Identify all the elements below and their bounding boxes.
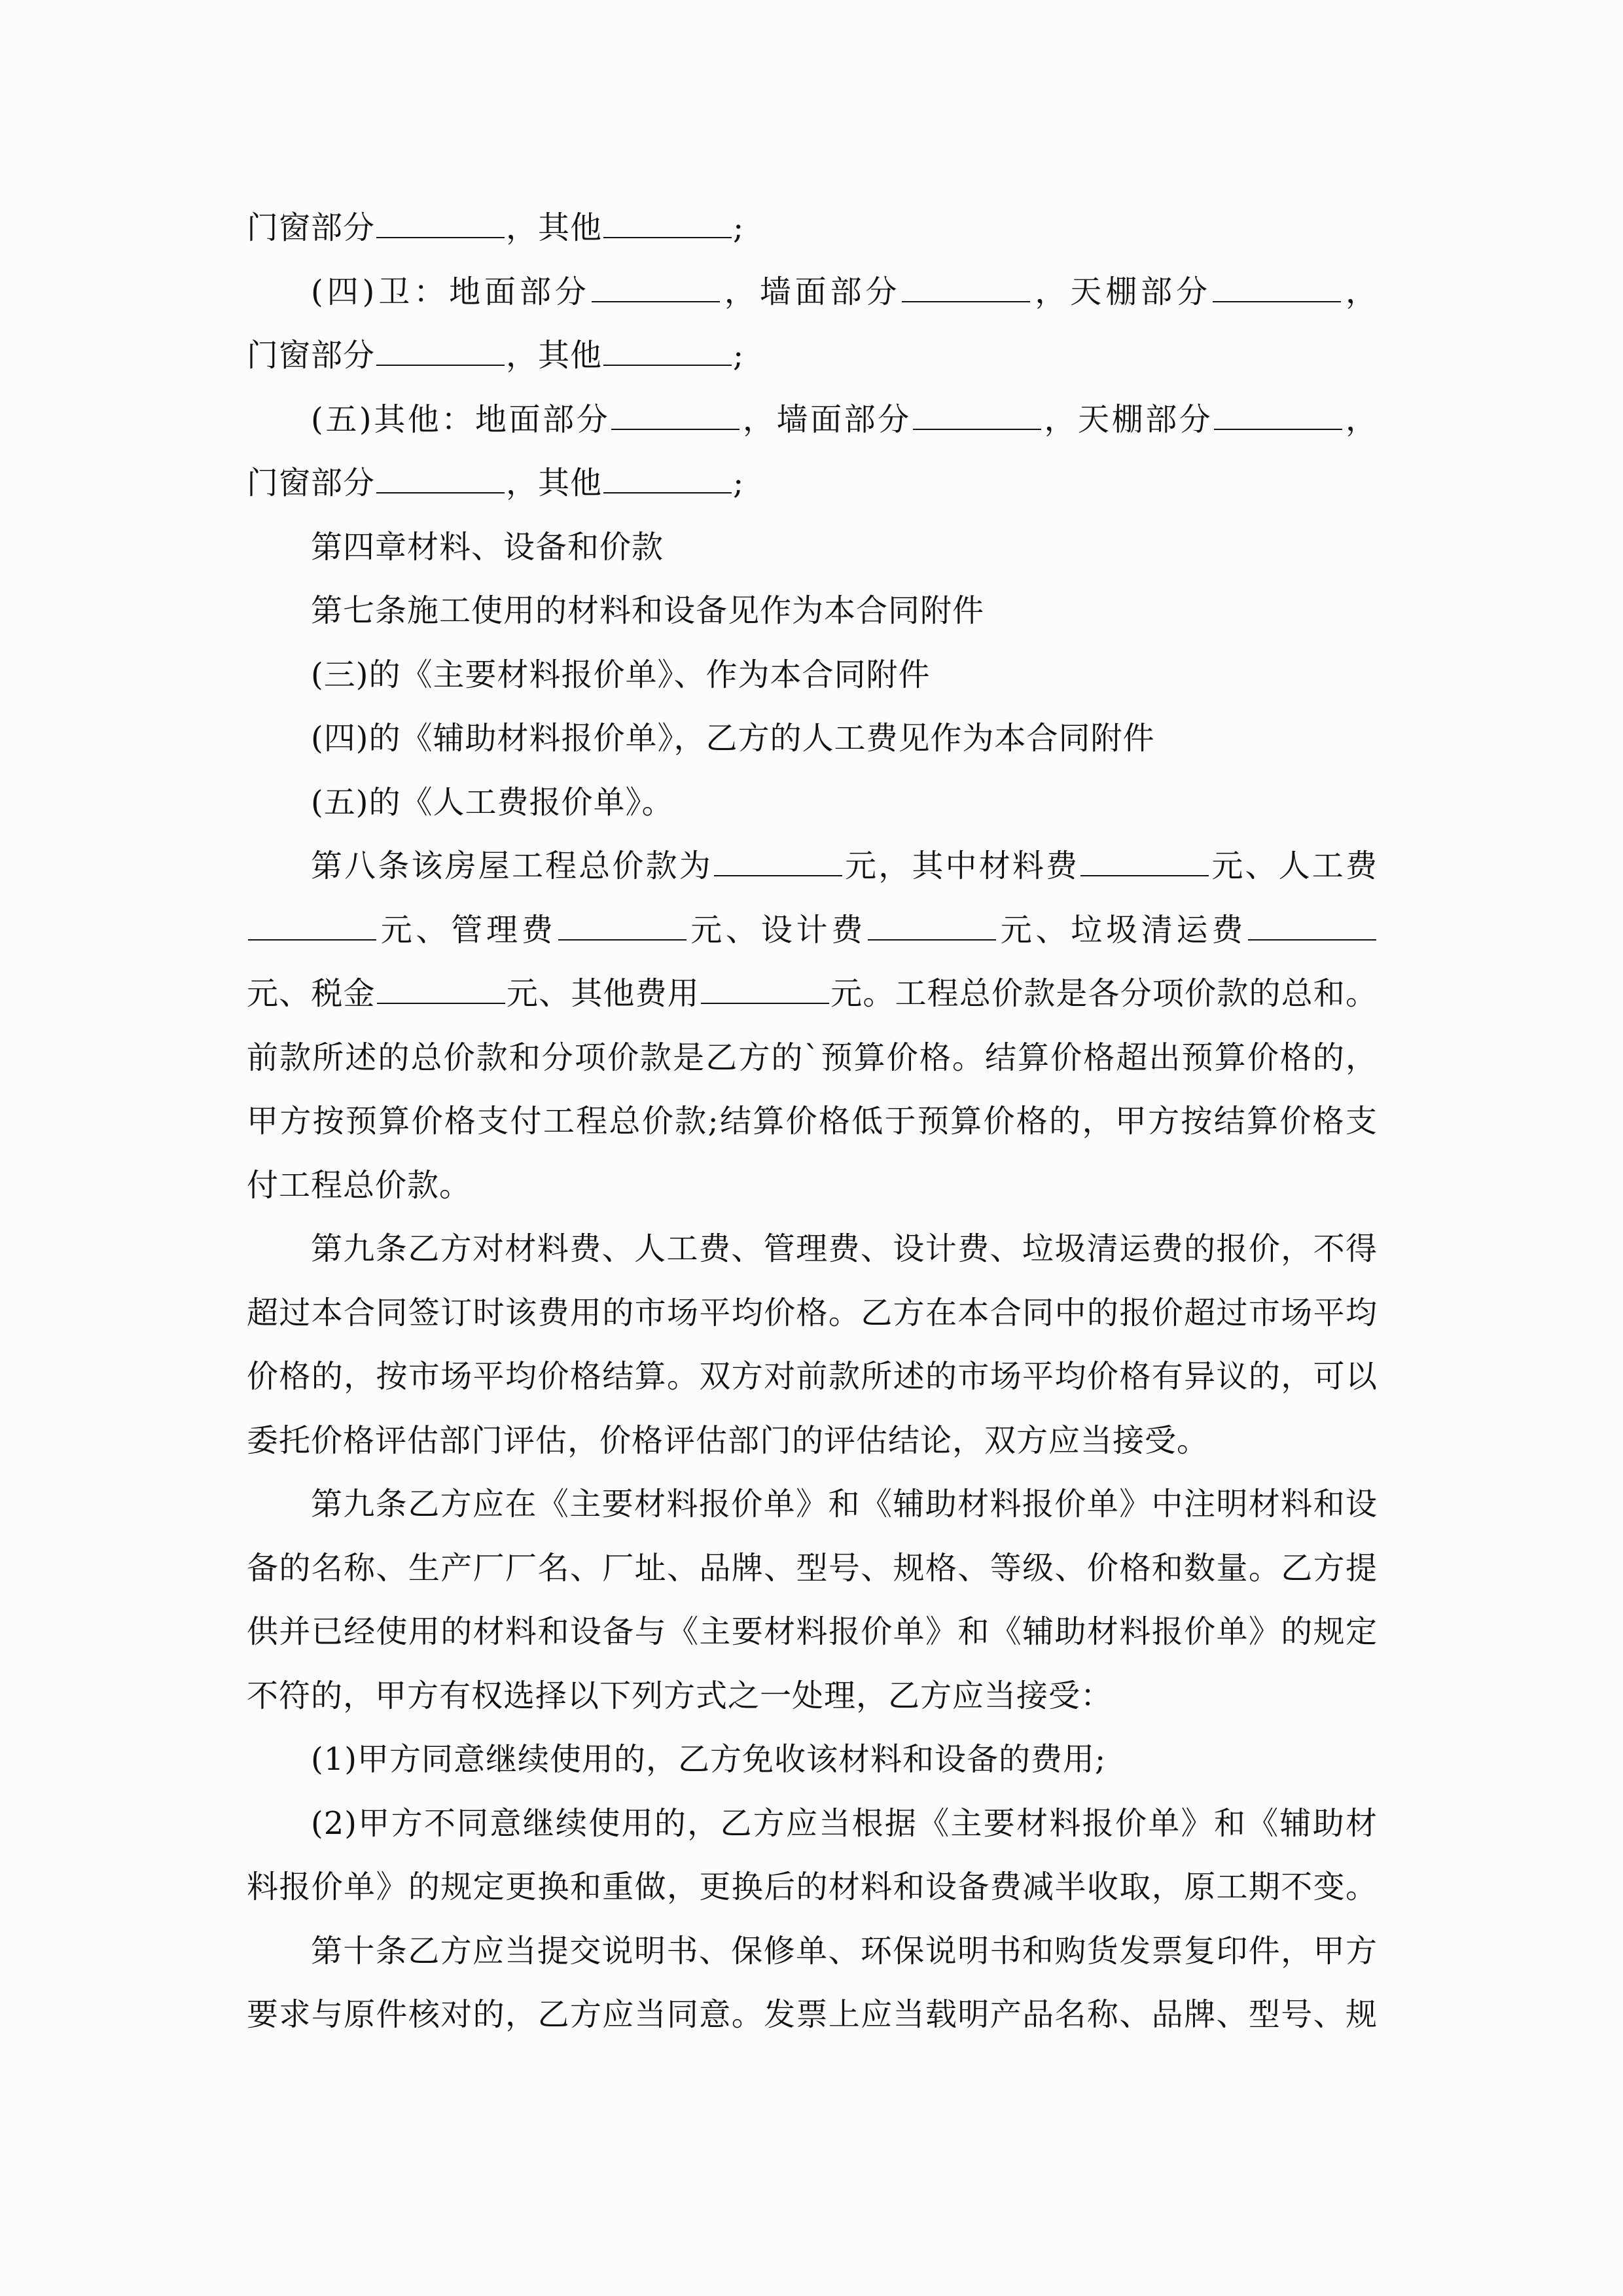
fill-in-blank[interactable] [603,336,732,366]
text-line: (四)卫：地面部分，墙面部分，天棚部分， [247,272,1378,312]
text-segment: 第八条该房屋工程总价款为 [311,848,713,884]
text-line: 备的名称、生产厂厂名、厂址、品牌、型号、规格、等级、价格和数量。乙方提 [247,1549,1378,1588]
text-segment: 第九条乙方应在《主要材料报价单》和《辅助材料报价单》中注明材料和设 [311,1486,1378,1522]
text-segment: (五)的《人工费报价单》。 [311,784,673,821]
text-segment: ，其他 [506,209,602,246]
text-segment: 供并已经使用的材料和设备与《主要材料报价单》和《辅助材料报价单》的规定 [247,1613,1378,1650]
text-segment: 门窗部分 [247,209,375,246]
text-segment: ，其他 [506,465,602,501]
text-line: 料报价单》的规定更换和重做，更换后的材料和设备费减半收取，原工期不变。 [247,1867,1378,1907]
text-line: 门窗部分，其他; [247,336,1378,375]
text-segment: ，墙面部分 [741,401,912,438]
text-segment: 第十条乙方应当提交说明书、保修单、环保说明书和购货发票复印件，甲方 [311,1933,1378,1969]
text-segment: ， [1344,401,1378,438]
text-segment: 第七条施工使用的材料和设备见作为本合同附件 [311,592,984,629]
text-line: (四)的《辅助材料报价单》，乙方的人工费见作为本合同附件 [247,719,1378,758]
text-line: 第九条乙方对材料费、人工费、管理费、设计费、垃圾清运费的报价，不得 [247,1229,1378,1268]
text-line: (1)甲方同意继续使用的，乙方免收该材料和设备的费用; [247,1740,1378,1779]
fill-in-blank[interactable] [592,272,720,302]
text-segment: 委托价格评估部门评估，价格评估部门的评估结论，双方应当接受。 [247,1422,1209,1459]
text-segment: (四)卫：地面部分 [311,274,590,310]
text-line: 第八条该房屋工程总价款为元，其中材料费元、人工费 [247,846,1378,886]
text-segment: ，其他 [506,337,602,374]
text-segment: ，墙面部分 [721,274,901,310]
text-line: (五)的《人工费报价单》。 [247,783,1378,822]
text-segment: 第四章材料、设备和价款 [311,529,664,565]
text-segment: 元、人工费 [1210,848,1378,884]
text-segment: 元、垃圾清运费 [997,912,1247,948]
text-line: 第七条施工使用的材料和设备见作为本合同附件 [247,591,1378,630]
text-line: 元、税金元、其他费用元。工程总价款是各分项价款的总和。 [247,974,1378,1013]
text-line: 前款所述的总价款和分项价款是乙方的`预算价格。结算价格超出预算价格的， [247,1038,1378,1077]
fill-in-blank[interactable] [603,463,732,493]
text-line: 门窗部分，其他; [247,463,1378,503]
text-segment: (三)的《主要材料报价单》、作为本合同附件 [311,656,930,693]
fill-in-blank[interactable] [1214,400,1342,430]
text-segment: ; [733,337,744,374]
text-segment: 要求与原件核对的，乙方应当同意。发票上应当载明产品名称、品牌、型号、规 [247,1996,1378,2033]
text-segment: 备的名称、生产厂厂名、厂址、品牌、型号、规格、等级、价格和数量。乙方提 [247,1550,1378,1587]
fill-in-blank[interactable] [902,272,1030,302]
text-line: 要求与原件核对的，乙方应当同意。发票上应当载明产品名称、品牌、型号、规 [247,1995,1378,2034]
fill-in-blank[interactable] [377,974,505,1004]
fill-in-blank[interactable] [248,910,376,941]
fill-in-blank[interactable] [1080,846,1209,876]
fill-in-blank[interactable] [611,400,740,430]
text-segment: 前款所述的总价款和分项价款是乙方的`预算价格。结算价格超出预算价格的， [247,1039,1378,1076]
text-line: 第四章材料、设备和价款 [247,528,1378,567]
fill-in-blank[interactable] [1213,272,1341,302]
text-segment: ; [733,209,744,246]
text-segment: ; [733,465,744,501]
text-segment: 门窗部分 [247,337,375,374]
text-segment: 元。工程总价款是各分项价款的总和。 [830,975,1378,1012]
fill-in-blank[interactable] [376,336,505,366]
text-segment: (五)其他：地面部分 [311,401,610,438]
text-line: (2)甲方不同意继续使用的，乙方应当根据《主要材料报价单》和《辅助材 [247,1804,1378,1843]
text-line: 付工程总价款。 [247,1166,1378,1205]
text-line: 第九条乙方应在《主要材料报价单》和《辅助材料报价单》中注明材料和设 [247,1484,1378,1524]
text-segment: 元，其中材料费 [844,848,1079,884]
text-line: 不符的，甲方有权选择以下列方式之一处理，乙方应当接受： [247,1676,1378,1715]
fill-in-blank[interactable] [603,208,732,238]
fill-in-blank[interactable] [714,846,842,876]
text-segment: 价格的，按市场平均价格结算。双方对前款所述的市场平均价格有异议的，可以 [247,1358,1378,1395]
text-segment: ， [1342,274,1378,310]
text-line: 第十条乙方应当提交说明书、保修单、环保说明书和购货发票复印件，甲方 [247,1931,1378,1971]
text-line: (三)的《主要材料报价单》、作为本合同附件 [247,655,1378,694]
fill-in-blank[interactable] [701,974,829,1004]
text-line: 甲方按预算价格支付工程总价款;结算价格低于预算价格的，甲方按结算价格支 [247,1102,1378,1141]
text-segment: 付工程总价款。 [247,1167,471,1204]
fill-in-blank[interactable] [376,208,505,238]
text-segment: 甲方按预算价格支付工程总价款;结算价格低于预算价格的，甲方按结算价格支 [247,1103,1378,1139]
text-segment: 料报价单》的规定更换和重做，更换后的材料和设备费减半收取，原工期不变。 [247,1869,1378,1905]
fill-in-blank[interactable] [868,910,996,941]
text-segment: 元、管理费 [378,912,557,948]
text-line: 价格的，按市场平均价格结算。双方对前款所述的市场平均价格有异议的，可以 [247,1357,1378,1396]
text-segment: 元、其他费用 [507,975,700,1012]
text-line: 元、管理费元、设计费元、垃圾清运费 [247,910,1378,950]
text-segment: 不符的，甲方有权选择以下列方式之一处理，乙方应当接受： [247,1677,1113,1714]
text-line: 供并已经使用的材料和设备与《主要材料报价单》和《辅助材料报价单》的规定 [247,1612,1378,1651]
text-segment: ，天棚部分 [1031,274,1211,310]
text-line: (五)其他：地面部分，墙面部分，天棚部分， [247,400,1378,439]
text-segment: (1)甲方同意继续使用的，乙方免收该材料和设备的费用; [311,1741,1106,1778]
fill-in-blank[interactable] [913,400,1041,430]
text-segment: 元、税金 [247,975,376,1012]
text-line: 委托价格评估部门评估，价格评估部门的评估结论，双方应当接受。 [247,1421,1378,1460]
text-segment: 元、设计费 [688,912,867,948]
fill-in-blank[interactable] [558,910,687,941]
text-segment: ，天棚部分 [1043,401,1213,438]
fill-in-blank[interactable] [376,463,505,493]
text-line: 门窗部分，其他; [247,208,1378,247]
text-segment: 门窗部分 [247,465,375,501]
document-page: 门窗部分，其他;(四)卫：地面部分，墙面部分，天棚部分，门窗部分，其他;(五)其… [0,0,1623,2296]
text-line: 超过本合同签订时该费用的市场平均价格。乙方在本合同中的报价超过市场平均 [247,1293,1378,1333]
text-segment: (2)甲方不同意继续使用的，乙方应当根据《主要材料报价单》和《辅助材 [311,1805,1378,1842]
text-segment: 第九条乙方对材料费、人工费、管理费、设计费、垃圾清运费的报价，不得 [311,1230,1378,1267]
text-segment: 超过本合同签订时该费用的市场平均价格。乙方在本合同中的报价超过市场平均 [247,1295,1378,1331]
text-segment: (四)的《辅助材料报价单》，乙方的人工费见作为本合同附件 [311,720,1154,757]
fill-in-blank[interactable] [1248,910,1376,941]
